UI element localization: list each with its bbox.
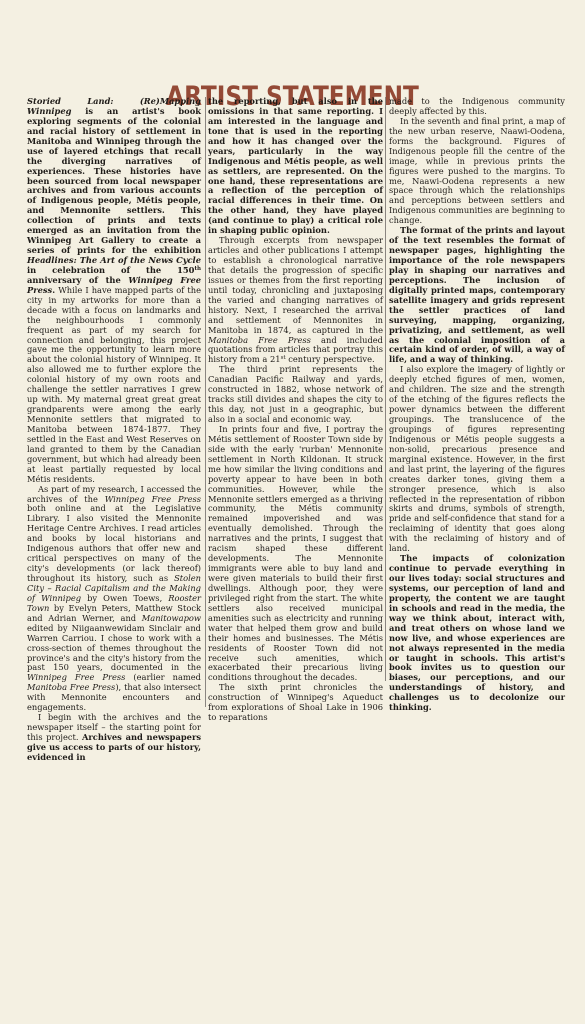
paragraph-aqueduct-continued: made to the Indigenous community deeply … xyxy=(389,97,565,117)
paragraph-excerpts: Through excerpts from newspaper articles… xyxy=(208,236,383,365)
book-title: Manitowapow xyxy=(142,613,201,623)
exhibition-title: Headlines: The Art of the News Cycle xyxy=(27,255,201,265)
paragraph-text: both online and at the Legislative Libra… xyxy=(27,503,201,583)
paragraph-third-print: The third print represents the Canadian … xyxy=(208,365,383,425)
paragraph-research: As part of my research, I accessed the a… xyxy=(27,485,201,714)
paragraph-reporting: the reporting, but also in the omissions… xyxy=(208,97,383,236)
intro-text: in celebration of the 150 xyxy=(27,265,194,275)
paragraph-prints-four-five: In prints four and five, I portray the M… xyxy=(208,425,383,683)
paragraph-imagery: I also explore the imagery of lightly or… xyxy=(389,365,565,554)
ordinal-superscript: th xyxy=(194,266,201,272)
paragraph-intro: Storied Land: (Re)Mapping Winnipeg is an… xyxy=(27,97,201,485)
article-body: Storied Land: (Re)Mapping Winnipeg is an… xyxy=(27,97,567,697)
paragraph-text: (earlier named xyxy=(125,672,201,682)
paragraph-format: The format of the prints and layout of t… xyxy=(389,226,565,365)
intro-text: While I have mapped parts of the city in… xyxy=(27,285,201,484)
text-column-1: Storied Land: (Re)Mapping Winnipeg is an… xyxy=(27,97,201,763)
paragraph-archives: I begin with the archives and the newspa… xyxy=(27,713,201,763)
newspaper-title: Winnipeg Free Press xyxy=(27,672,125,682)
column-divider xyxy=(205,97,206,707)
text-column-3: made to the Indigenous community deeply … xyxy=(389,97,565,713)
column-divider xyxy=(385,97,386,681)
paragraph-text: edited by Niigaanwewidam Sinclair and Wa… xyxy=(27,623,201,673)
intro-text: is an artist's book exploring segments o… xyxy=(27,106,201,255)
newspaper-title: Manitoba Free Press xyxy=(208,335,311,345)
newspaper-title: Winnipeg Free Press xyxy=(105,494,201,504)
paragraph-seventh-print: In the seventh and final print, a map of… xyxy=(389,117,565,226)
intro-text: anniversary of the xyxy=(27,275,128,285)
paragraph-text: century perspective. xyxy=(286,354,375,364)
paragraph-text: Through excerpts from newspaper articles… xyxy=(208,235,383,334)
paragraph-sixth-print: The sixth print chronicles the construct… xyxy=(208,683,383,723)
text-column-2: the reporting, but also in the omissions… xyxy=(208,97,383,723)
paragraph-conclusion: The impacts of colonization continue to … xyxy=(389,554,565,713)
newspaper-title: Manitoba Free Press xyxy=(27,682,115,692)
paragraph-text: by Owen Toews, xyxy=(81,593,168,603)
intro-bold-block: Storied Land: (Re)Mapping Winnipeg is an… xyxy=(27,96,201,295)
